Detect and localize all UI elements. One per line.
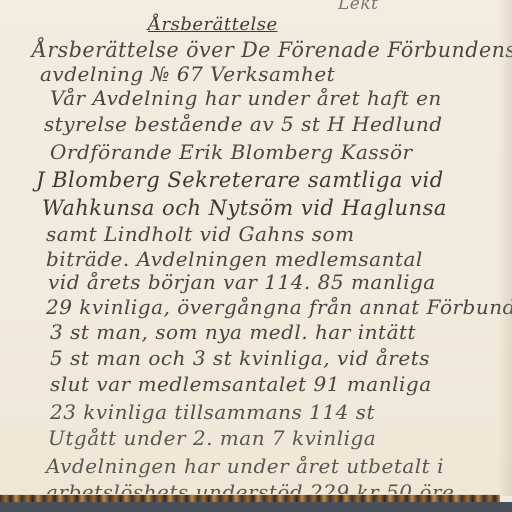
text-line: Wahkunsa och Nytsöm vid Haglunsa <box>42 196 447 220</box>
book-cover <box>0 502 512 512</box>
text-line: styrelse bestående av 5 st H Hedlund <box>44 112 443 136</box>
text-line: Årsberättelse över De Förenade Förbunden… <box>32 38 512 62</box>
corner-note: Lekt <box>338 0 378 14</box>
page-title: Årsberättelse <box>148 14 278 35</box>
text-line: Ordförande Erik Blomberg Kassör <box>50 140 413 164</box>
text-line: 23 kvinliga tillsammans 114 st <box>50 400 375 424</box>
text-line: 29 kvinliga, övergångna från annat Förbu… <box>46 295 512 319</box>
text-line: slut var medlemsantalet 91 manliga <box>50 372 432 396</box>
text-line: Avdelningen har under året utbetalt i <box>46 454 444 478</box>
document-page: Lekt Årsberättelse Årsberättelse över De… <box>0 0 512 496</box>
text-line: Utgått under 2. man 7 kvinliga <box>48 426 376 450</box>
text-line: 3 st man, som nya medl. har intätt <box>50 320 416 344</box>
text-line: Vår Avdelning har under året haft en <box>50 86 442 110</box>
text-line: vid årets början var 114. 85 manliga <box>48 270 436 294</box>
text-line: avdelning № 67 Verksamhet <box>40 62 335 86</box>
text-line: samt Lindholt vid Gahns som <box>46 222 355 246</box>
text-line: J Blomberg Sekreterare samtliga vid <box>36 168 444 192</box>
text-line: biträde. Avdelningen medlemsantal <box>46 247 423 271</box>
text-line: 5 st man och 3 st kvinliga, vid årets <box>50 346 430 370</box>
